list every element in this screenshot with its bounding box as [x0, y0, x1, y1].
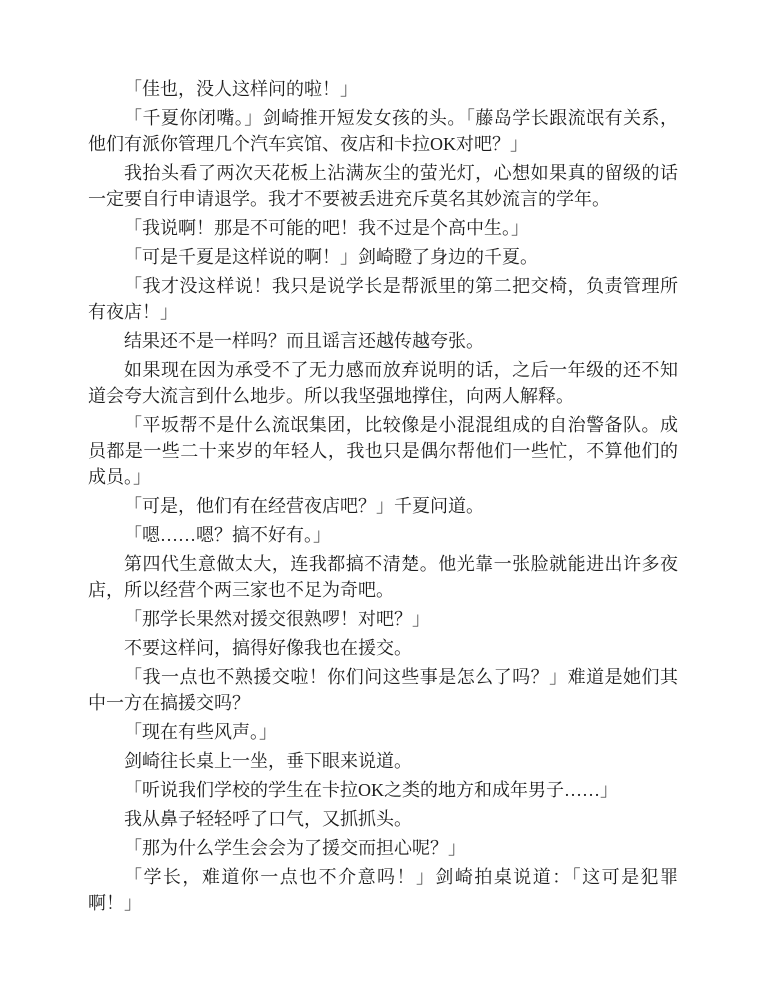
paragraph-4: 「我说啊！那是不可能的吧！我不过是个高中生。」 [88, 215, 678, 241]
paragraph-16: 「现在有些风声。」 [88, 719, 678, 745]
paragraph-12: 第四代生意做太大，连我都搞不清楚。他光靠一张脸就能进出许多夜店，所以经营个两三家… [88, 551, 678, 603]
paragraph-10: 「可是，他们有在经营夜店吧？」千夏问道。 [88, 493, 678, 519]
paragraph-1: 「佳也，没人这样问的啦！」 [88, 76, 678, 102]
paragraph-7: 结果还不是一样吗？而且谣言还越传越夸张。 [88, 328, 678, 354]
paragraph-15: 「我一点也不熟援交啦！你们问这些事是怎么了吗？」难道是她们其中一方在搞援交吗？ [88, 664, 678, 716]
paragraph-2: 「千夏你闭嘴。」剑崎推开短发女孩的头。「藤岛学长跟流氓有关系，他们有派你管理几个… [88, 105, 678, 157]
paragraph-8: 如果现在因为承受不了无力感而放弃说明的话，之后一年级的还不知道会夸大流言到什么地… [88, 357, 678, 409]
paragraph-18: 「听说我们学校的学生在卡拉OK之类的地方和成年男子……」 [88, 777, 678, 803]
paragraph-13: 「那学长果然对援交很熟啰！对吧？」 [88, 606, 678, 632]
paragraph-3: 我抬头看了两次天花板上沾满灰尘的萤光灯，心想如果真的留级的话一定要自行申请退学。… [88, 160, 678, 212]
paragraph-19: 我从鼻子轻轻呼了口气，又抓抓头。 [88, 806, 678, 832]
paragraph-21: 「学长，难道你一点也不介意吗！」剑崎拍桌说道：「这可是犯罪啊！」 [88, 864, 678, 916]
paragraph-20: 「那为什么学生会会为了援交而担心呢？」 [88, 835, 678, 861]
paragraph-11: 「嗯……嗯？搞不好有。」 [88, 522, 678, 548]
paragraph-5: 「可是千夏是这样说的啊！」剑崎瞪了身边的千夏。 [88, 244, 678, 270]
paragraph-6: 「我才没这样说！我只是说学长是帮派里的第二把交椅，负责管理所有夜店！」 [88, 273, 678, 325]
document-page: 「佳也，没人这样问的啦！」「千夏你闭嘴。」剑崎推开短发女孩的头。「藤岛学长跟流氓… [0, 0, 765, 990]
paragraph-14: 不要这样问，搞得好像我也在援交。 [88, 635, 678, 661]
paragraph-9: 「平坂帮不是什么流氓集团，比较像是小混混组成的自治警备队。成员都是一些二十来岁的… [88, 412, 678, 490]
paragraph-17: 剑崎往长桌上一坐，垂下眼来说道。 [88, 748, 678, 774]
page-body: 「佳也，没人这样问的啦！」「千夏你闭嘴。」剑崎推开短发女孩的头。「藤岛学长跟流氓… [88, 76, 678, 919]
